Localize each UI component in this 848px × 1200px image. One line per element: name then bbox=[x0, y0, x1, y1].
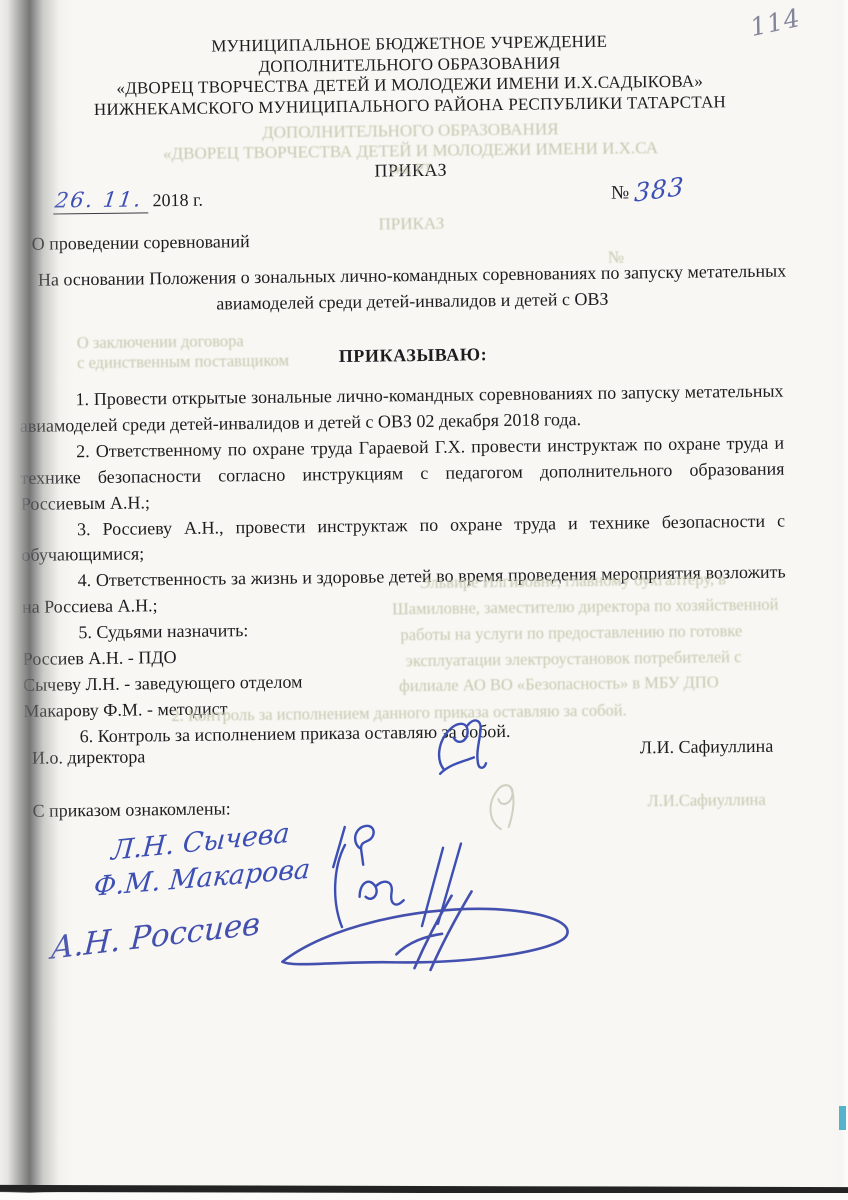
bleedthrough-line: Л.И.Сафиуллина bbox=[647, 787, 765, 813]
scan-edge-mark bbox=[839, 1106, 846, 1130]
order-item: 1. Провести открытые зональные лично-ком… bbox=[19, 379, 784, 440]
bleedthrough-line: Эльвире Илгизовне, главному бухгалтеру, … bbox=[420, 566, 726, 595]
date-year: 2018 г. bbox=[152, 190, 203, 211]
bleedthrough-line: № bbox=[608, 245, 625, 270]
order-basis: На основании Положения о зональных лично… bbox=[24, 257, 801, 318]
bleedthrough-line: работы на услуги по предоставлению по го… bbox=[400, 618, 742, 647]
order-item: 3. Россиеву А.Н., провести инструктаж по… bbox=[21, 508, 786, 569]
acknowledger-signature-rossiev: А.Н. Россиев bbox=[50, 906, 261, 967]
bleedthrough-line: филиале АО ВО «Безопасность» в МБУ ДПО bbox=[399, 669, 719, 698]
scanned-order-page: 114 ДОПОЛНИТЕЛЬНОГО ОБРАЗОВАНИЯ «ДВОРЕЦ … bbox=[0, 0, 848, 1200]
signer-name: Л.И. Сафиуллина bbox=[640, 736, 774, 759]
document-content: ДОПОЛНИТЕЛЬНОГО ОБРАЗОВАНИЯ «ДВОРЕЦ ТВОР… bbox=[0, 0, 848, 1200]
date-underline: 26. 11. bbox=[53, 187, 149, 214]
bleedthrough-line: Шамиловне, заместителю директора по хозя… bbox=[392, 592, 779, 622]
handwritten-date: 26. 11. bbox=[54, 187, 145, 212]
scan-below-page bbox=[0, 1193, 848, 1200]
number-label: № bbox=[611, 182, 629, 203]
order-date: 26. 11.2018 г. bbox=[53, 187, 203, 215]
bleedthrough-signature-mark bbox=[470, 777, 541, 838]
letterhead: МУНИЦИПАЛЬНОЕ БЮДЖЕТНОЕ УЧРЕЖДЕНИЕ ДОПОЛ… bbox=[21, 29, 798, 120]
acknowledged-label: С приказом ознакомлены: bbox=[32, 798, 230, 821]
signer-position: И.о. директора bbox=[32, 746, 146, 768]
rossiev-signature-mark bbox=[276, 886, 582, 980]
bleedthrough-line: с единственным поставщиком bbox=[77, 348, 289, 376]
order-item: 2. Ответственному по охране труда Гараев… bbox=[20, 430, 785, 517]
